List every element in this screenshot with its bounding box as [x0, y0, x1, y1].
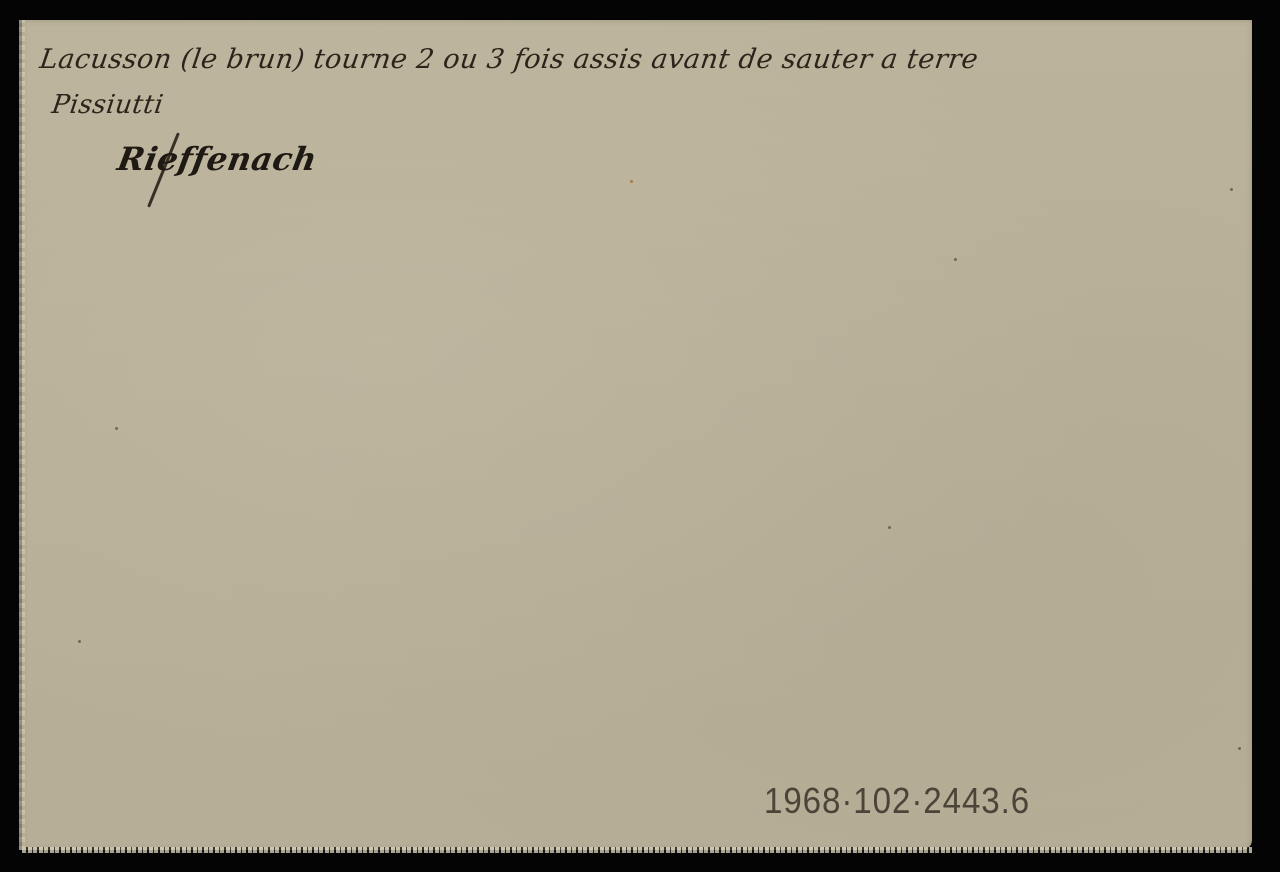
- paper-speck: [954, 258, 957, 261]
- paper-bottom-edge: [22, 847, 1252, 853]
- paper-speck: [115, 427, 118, 430]
- paper-left-edge: [19, 20, 25, 850]
- scan-background: Lacusson (le brun) tourne 2 ou 3 fois as…: [0, 0, 1280, 872]
- signature: Rieffenach: [115, 140, 320, 178]
- paper-speck: [630, 180, 633, 183]
- paper-speck: [1230, 188, 1233, 191]
- paper-speck: [888, 526, 891, 529]
- handwritten-line-1: Lacusson (le brun) tourne 2 ou 3 fois as…: [38, 44, 981, 75]
- paper-speck: [1238, 747, 1241, 750]
- paper-speck: [78, 640, 81, 643]
- accession-number: 1968·102·2443.6: [764, 780, 1030, 822]
- paper-card: Lacusson (le brun) tourne 2 ou 3 fois as…: [22, 20, 1252, 850]
- handwritten-line-2: Pissiutti: [50, 90, 165, 120]
